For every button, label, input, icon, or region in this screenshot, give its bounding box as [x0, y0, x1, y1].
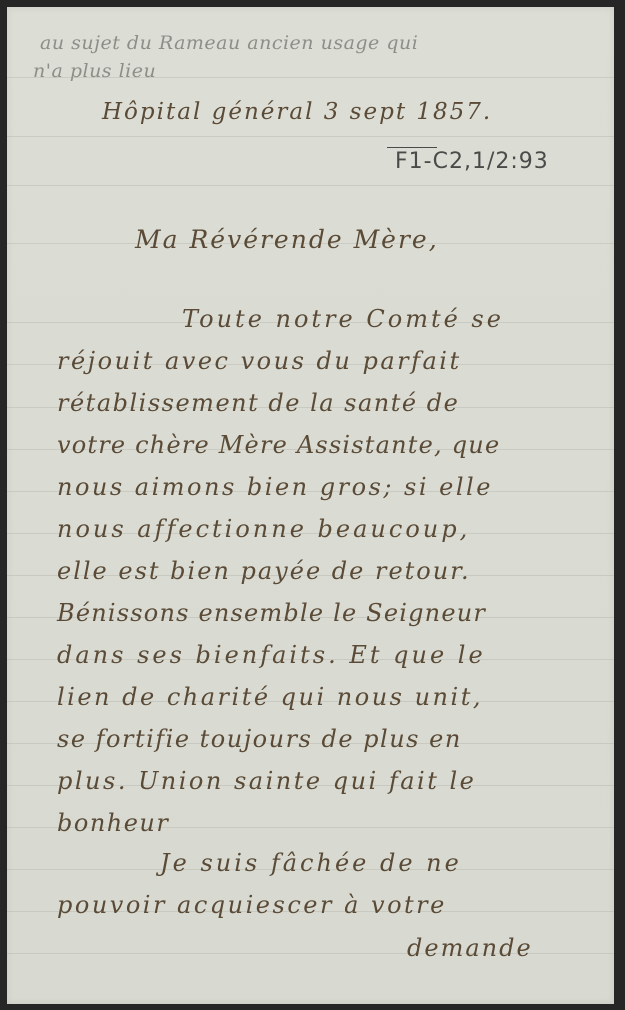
ruled-line — [7, 185, 614, 186]
place-date-heading: Hôpital général 3 sept 1857. — [102, 99, 492, 125]
scan-frame: au sujet du Rameau ancien usage qui n'a … — [0, 0, 625, 1010]
body-line: rétablissement de la santé de — [57, 389, 459, 417]
body-line: bonheur — [57, 809, 169, 837]
body-line: réjouit avec vous du parfait — [57, 347, 462, 375]
body-line: Toute notre Comté se — [182, 305, 504, 333]
body-line: plus. Union sainte qui fait le — [57, 767, 476, 795]
salutation: Ma Révérende Mère, — [135, 225, 439, 254]
archive-reference: F1-C2,1/2:93 — [395, 149, 549, 174]
archive-reference-text: F1-C2,1/2:93 — [395, 149, 549, 174]
ruled-line — [7, 136, 614, 137]
body-line: elle est bien payée de retour. — [57, 557, 471, 585]
pencil-note-line-2: n'a plus lieu — [33, 60, 156, 82]
body-line: dans ses bienfaits. Et que le — [57, 641, 486, 669]
body-line: lien de charité qui nous unit, — [57, 683, 483, 711]
pencil-note-line-1: au sujet du Rameau ancien usage qui — [40, 32, 418, 54]
body-line: nous aimons bien gros; si elle — [57, 473, 493, 501]
letter-page: au sujet du Rameau ancien usage qui n'a … — [7, 7, 614, 1004]
closing-line: Je suis fâchée de ne — [160, 849, 462, 877]
body-line: votre chère Mère Assistante, que — [57, 431, 500, 459]
reference-overline — [387, 147, 437, 148]
body-line: nous affectionne beaucoup, — [57, 515, 470, 543]
closing-line: pouvoir acquiescer à votre — [57, 891, 447, 919]
body-line: Bénissons ensemble le Seigneur — [57, 599, 486, 627]
catchword: demande — [407, 934, 533, 962]
body-line: se fortifie toujours de plus en — [57, 725, 462, 753]
